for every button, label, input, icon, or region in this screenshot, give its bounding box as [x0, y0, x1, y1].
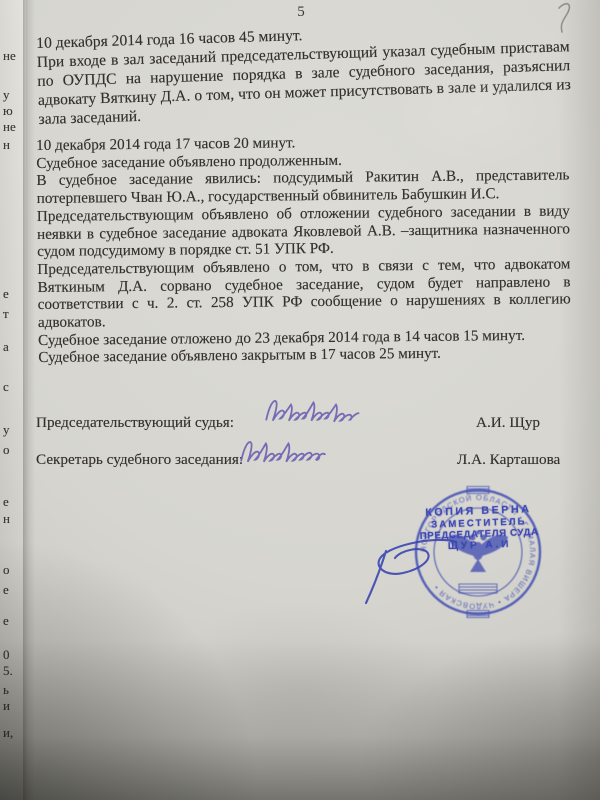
edge-text-fragment: и, — [3, 726, 13, 739]
edge-text-fragment: и — [3, 699, 10, 712]
paragraph: Председательствующим объявлено об отложе… — [37, 202, 571, 261]
judge-name: А.И. Щур — [476, 414, 540, 432]
edge-text-fragment: о — [3, 443, 10, 456]
copy-certification-stamp: КОПИЯ ВЕРНАЗАМЕСТИТЕЛЬПРЕДСЕДАТЕЛЯ СУДАЩ… — [389, 502, 568, 554]
edge-text-fragment: а — [3, 340, 9, 353]
edge-text-fragment: о — [3, 563, 10, 576]
paragraph: При входе в зал заседаний председательст… — [37, 37, 572, 129]
edge-text-fragment: е — [3, 495, 9, 508]
secretary-name: Л.А. Карташова — [457, 451, 560, 469]
judge-handwritten-signature — [262, 391, 380, 429]
edge-text-fragment: е — [3, 583, 9, 596]
edge-text-fragment: т — [3, 307, 9, 320]
edge-text-fragment: с — [3, 380, 9, 393]
page-edge-shadow — [23, 0, 35, 800]
edge-text-fragment: 5. — [3, 664, 13, 677]
secretary-signature-row: Секретарь судебного заседания: Л.А. Карт… — [36, 443, 569, 479]
edge-text-fragment: 0 — [3, 648, 10, 661]
document-page: неуюненетасуоеноее05.ьии, 5 10 декабря 2… — [0, 0, 600, 800]
session-entry-1720: 10 декабря 2014 года 17 часов 20 минут.С… — [36, 131, 571, 367]
edge-text-fragment: н — [3, 138, 10, 151]
paragraph: Председательствующим объявлено о том, чт… — [37, 255, 571, 331]
edge-text-fragment: е — [3, 614, 9, 627]
secretary-handwritten-signature — [238, 431, 356, 469]
edge-text-fragment: у — [3, 88, 10, 101]
edge-text-fragment: у — [3, 423, 10, 436]
edge-text-fragment: ь — [3, 683, 9, 696]
edge-text-fragment: не — [3, 49, 16, 62]
edge-text-fragment: н — [3, 512, 10, 525]
session-entry-1645: 10 декабря 2014 года 16 часов 45 минут. … — [36, 18, 572, 129]
judge-signature-label: Председательствующий судья: — [36, 414, 234, 432]
edge-text-fragment: ю — [3, 104, 13, 117]
secretary-signature-label: Секретарь судебного заседания: — [36, 451, 243, 469]
edge-text-fragment: е — [3, 287, 9, 300]
page-number: 5 — [286, 4, 316, 21]
paragraph: В судебное заседание явились: подсудимый… — [36, 167, 569, 208]
edge-text-fragment: не — [3, 120, 16, 133]
